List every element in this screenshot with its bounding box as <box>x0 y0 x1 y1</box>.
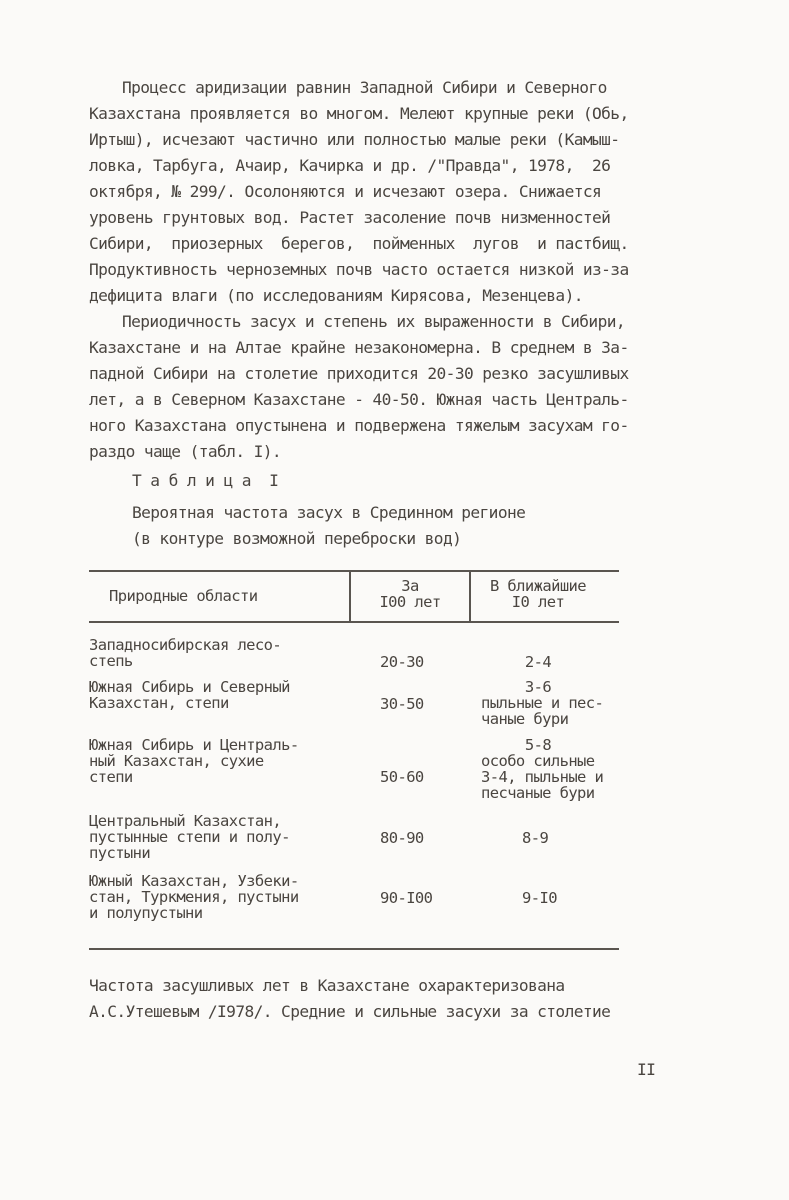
header-next-10-years: В ближайшие <box>471 578 605 594</box>
region-cell: Южный Казахстан, Узбеки- <box>89 873 299 889</box>
table-title-line: (в контуре возможной переброски вод) <box>132 529 461 549</box>
region-cell: Казахстан, степи <box>89 695 229 711</box>
next-10-cell: 5-8 <box>471 737 605 753</box>
per-100-cell: 80-90 <box>380 830 424 846</box>
per-100-cell: 20-30 <box>380 654 424 670</box>
text-line: Периодичность засух и степень их выражен… <box>122 312 625 332</box>
text-line: Иртыш), исчезают частично или полностью … <box>89 130 619 150</box>
text-line: уровень грунтовых вод. Растет засоление … <box>89 208 610 228</box>
next-10-cell: 8-9 <box>522 830 548 846</box>
region-cell: Южная Сибирь и Централь- <box>89 737 299 753</box>
region-cell: и полупустыни <box>89 905 203 921</box>
text-line: Сибири, приозерных берегов, пойменных лу… <box>89 234 629 254</box>
text-line: лет, а в Северном Казахстане - 40-50. Юж… <box>89 390 629 410</box>
next-10-cell: чаные бури <box>481 711 568 727</box>
header-per-100-years: I00 лет <box>351 594 469 610</box>
text-line: А.С.Утешевым /I978/. Средние и сильные з… <box>89 1002 610 1022</box>
table-label: Т а б л и ц а I <box>132 471 278 491</box>
region-cell: степь <box>89 653 133 669</box>
text-line: Казахстане и на Алтае крайне незакономер… <box>89 338 629 358</box>
region-cell: Западносибирская лесо- <box>89 637 281 653</box>
table-title-line: Вероятная частота засух в Срединном реги… <box>132 503 525 523</box>
table-header-rule <box>89 621 619 623</box>
region-cell: Центральный Казахстан, <box>89 813 281 829</box>
text-line: раздо чаще (табл. I). <box>89 442 281 462</box>
region-cell: степи <box>89 769 133 785</box>
text-line: Частота засушливых лет в Казахстане охар… <box>89 976 565 996</box>
next-10-cell: 9-I0 <box>522 890 557 906</box>
header-natural-regions: Природные области <box>109 588 257 604</box>
next-10-cell: 3-4, пыльные и <box>481 769 603 785</box>
text-line: ловка, Тарбуга, Ачаир, Качирка и др. /"П… <box>89 156 610 176</box>
next-10-cell: 2-4 <box>471 654 605 670</box>
per-100-cell: 30-50 <box>380 696 424 712</box>
next-10-cell: пыльные и пес- <box>481 695 603 711</box>
text-line: дефицита влаги (по исследованиям Кирясов… <box>89 286 583 306</box>
text-line: падной Сибири на столетие приходится 20-… <box>89 364 629 384</box>
text-line: ного Казахстана опустынена и подвержена … <box>89 416 629 436</box>
text-line: октября, № 299/. Осолоняются и исчезают … <box>89 182 601 202</box>
text-line: Продуктивность черноземных почв часто ос… <box>89 260 629 280</box>
next-10-cell: песчаные бури <box>481 785 595 801</box>
table-bottom-rule <box>89 948 619 950</box>
region-cell: стан, Туркмения, пустыни <box>89 889 299 905</box>
header-per-100-years: За <box>351 578 469 594</box>
header-next-10-years: I0 лет <box>471 594 605 610</box>
region-cell: ный Казахстан, сухие <box>89 753 264 769</box>
text-line: Процесс аридизации равнин Западной Сибир… <box>122 78 607 98</box>
text-line: Казахстана проявляется во многом. Мелеют… <box>89 104 629 124</box>
per-100-cell: 90-I00 <box>380 890 432 906</box>
next-10-cell: 3-6 <box>471 679 605 695</box>
per-100-cell: 50-60 <box>380 769 424 785</box>
region-cell: пустынные степи и полу- <box>89 829 290 845</box>
region-cell: пустыни <box>89 845 150 861</box>
region-cell: Южная Сибирь и Северный <box>89 679 290 695</box>
next-10-cell: особо сильные <box>481 753 595 769</box>
table-top-rule <box>89 570 619 572</box>
page-number: II <box>637 1060 655 1080</box>
